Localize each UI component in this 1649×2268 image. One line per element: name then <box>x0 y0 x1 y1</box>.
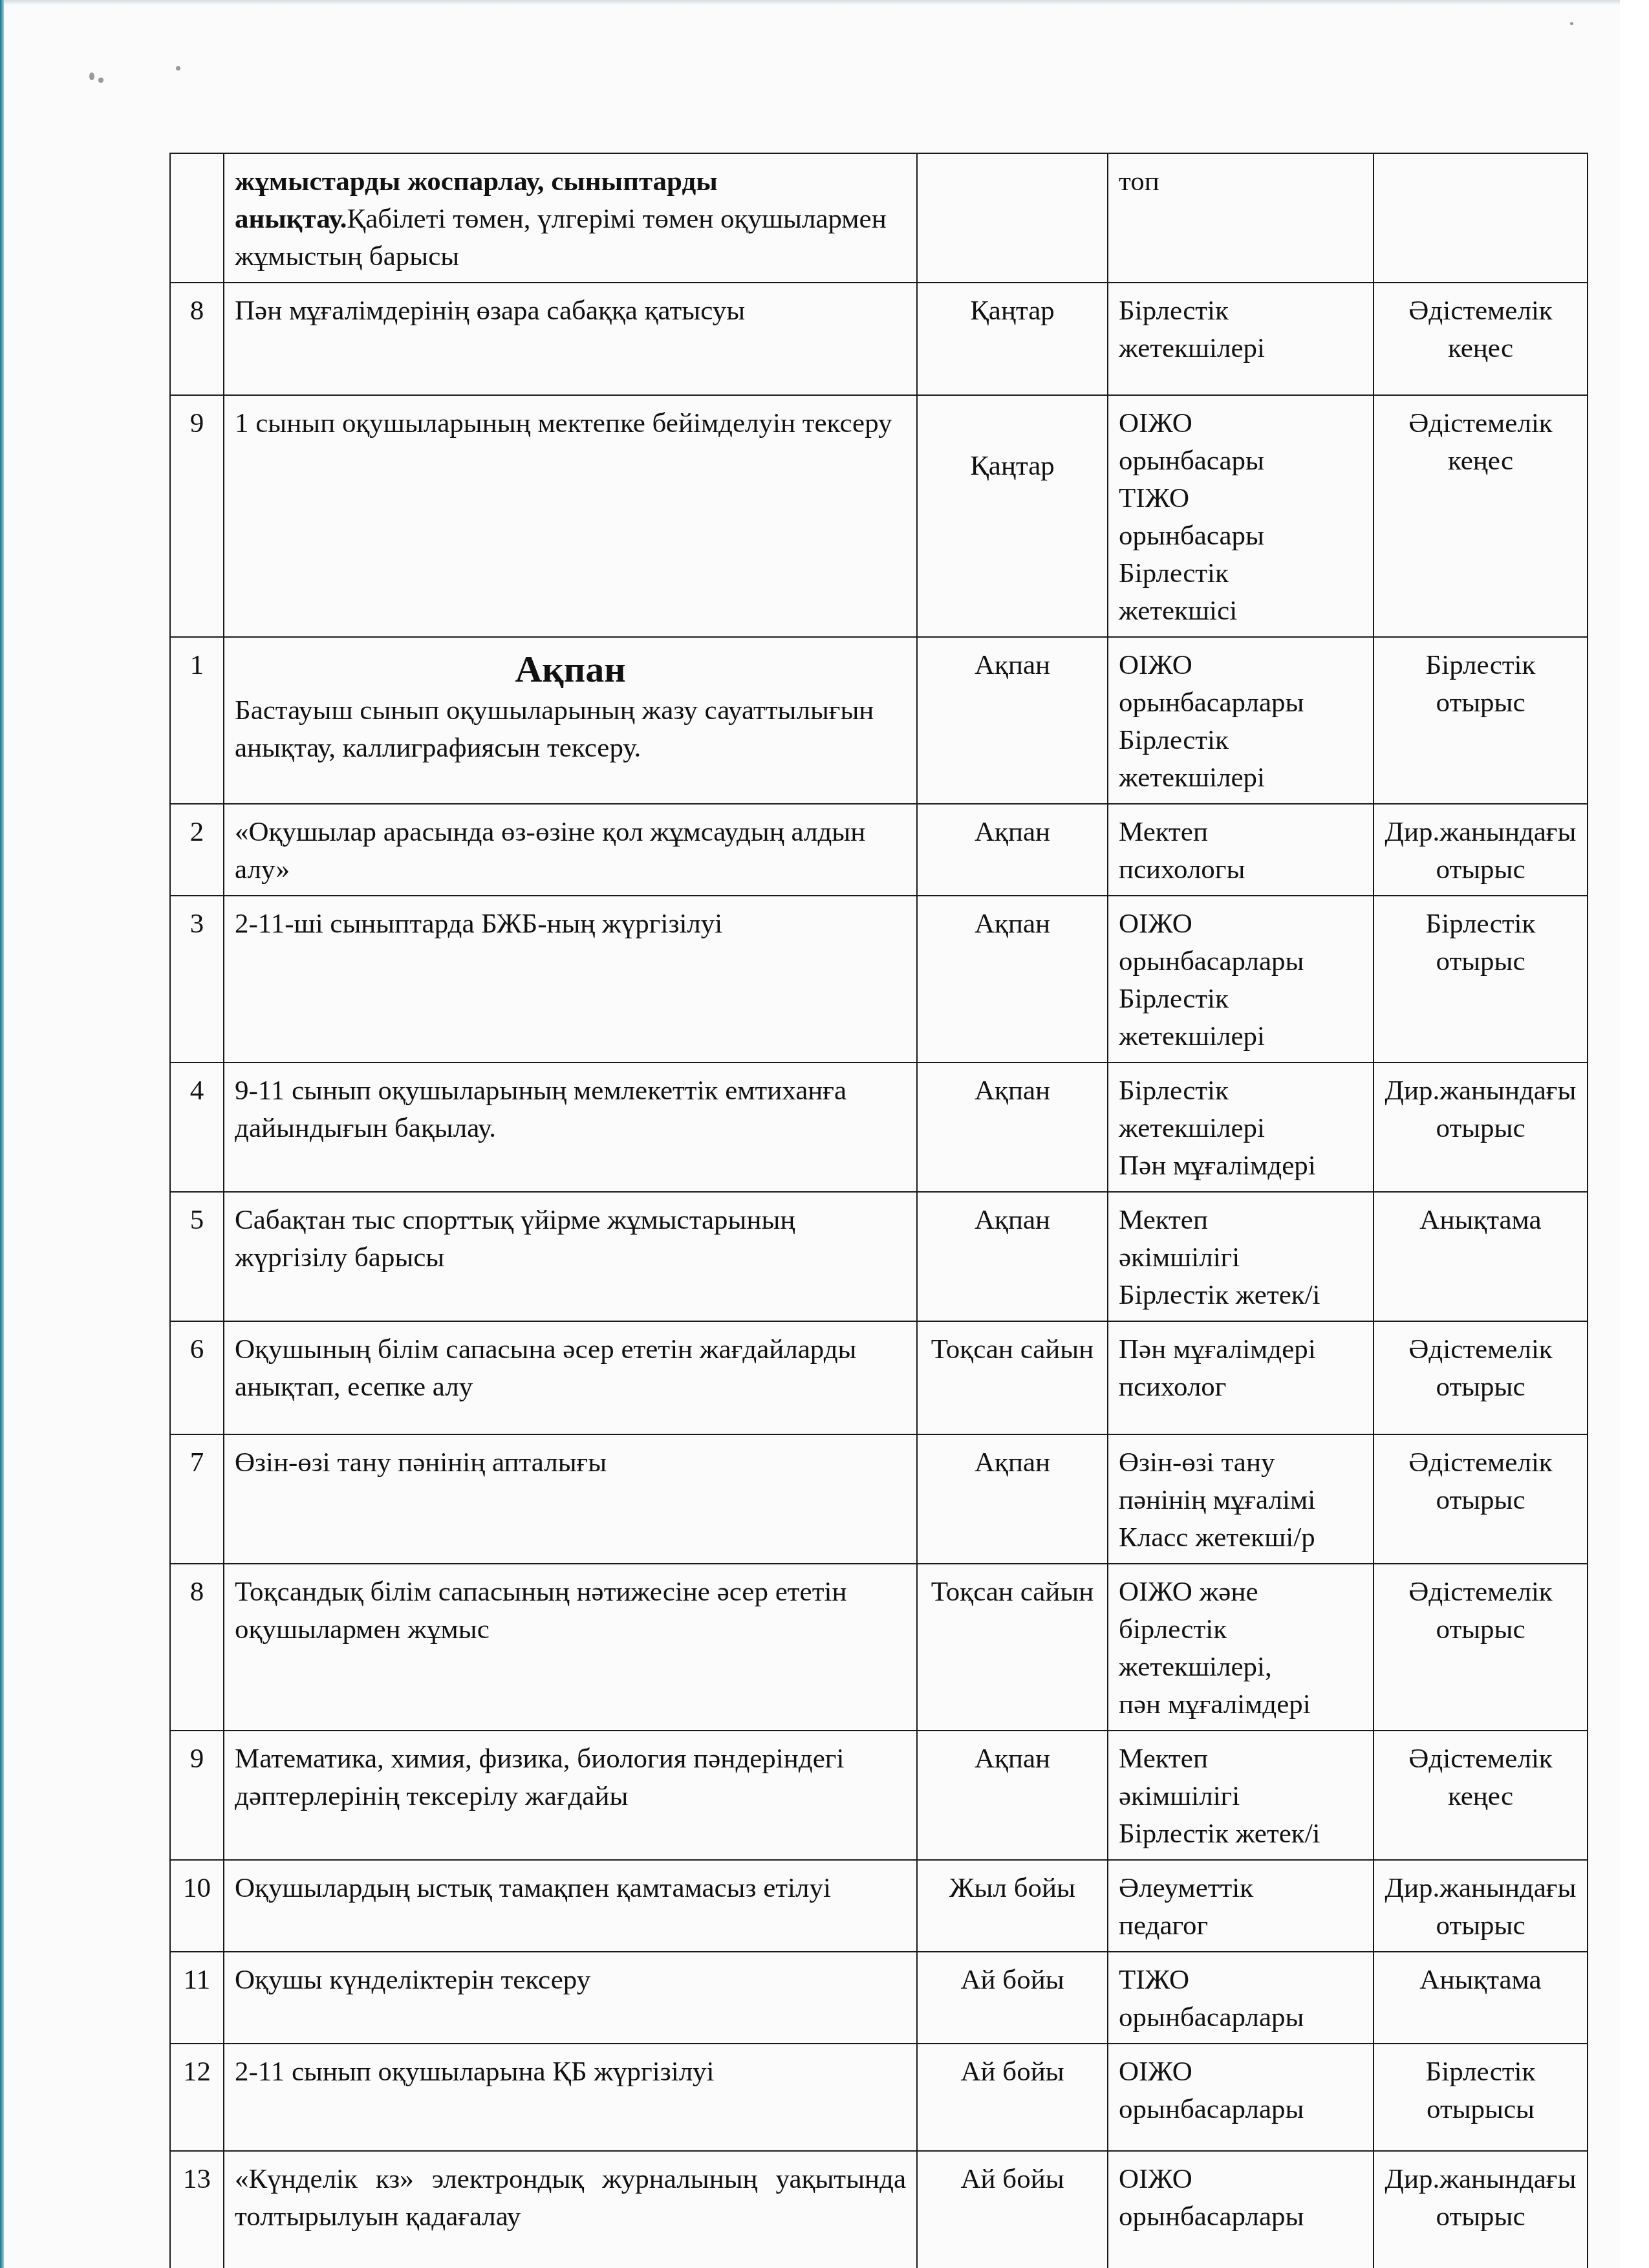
responsible-cell: Мектеппсихологы <box>1108 804 1374 896</box>
task-cell: Сабақтан тыс спорттық үйірме жұмыстарыны… <box>224 1192 917 1321</box>
responsible-cell: МектепәкімшілігіБірлестік жетек/і <box>1108 1731 1374 1860</box>
row-number: 2 <box>170 804 224 896</box>
outcome-cell: Әдістемелік кеңес <box>1374 283 1588 395</box>
work-plan-table: жұмыстарды жоспарлау, сыныптарды анықтау… <box>169 153 1588 2268</box>
outcome-cell: Әдістемелік отырыс <box>1374 1564 1588 1731</box>
table-row: 32-11-ші сыныптарда БЖБ-ның жүргізілуіАқ… <box>170 896 1588 1063</box>
responsible-cell: Өзін-өзі танупәнінің мұғаліміКласс жетек… <box>1108 1434 1374 1564</box>
task-text: Математика, химия, физика, биология пәнд… <box>235 1744 844 1811</box>
responsible-line: орынбасарлары <box>1119 684 1363 722</box>
outcome-cell: Дир.жанындағы отырыс <box>1374 2151 1588 2268</box>
table-row: жұмыстарды жоспарлау, сыныптарды анықтау… <box>170 153 1588 283</box>
task-cell: Өзін-өзі тану пәнінің апталығы <box>224 1434 917 1564</box>
responsible-cell: Бірлестікжетекшілері <box>1108 283 1374 395</box>
responsible-line: ОІЖО <box>1119 405 1363 442</box>
scan-speck <box>89 72 94 80</box>
task-cell: АқпанБастауыш сынып оқушыларының жазу са… <box>224 637 917 804</box>
responsible-line: Әлеуметтік <box>1119 1870 1363 1907</box>
outcome-cell: Дир.жанындағы отырыс <box>1374 804 1588 896</box>
responsible-line: орынбасарлары <box>1119 1999 1363 2036</box>
row-number: 6 <box>170 1321 224 1434</box>
table-row: 8Тоқсандық білім сапасының нәтижесіне әс… <box>170 1564 1588 1731</box>
responsible-line: ОІЖО <box>1119 647 1363 684</box>
responsible-line: психолог <box>1119 1368 1363 1406</box>
responsible-line: пәнінің мұғалімі <box>1119 1482 1363 1519</box>
row-number: 4 <box>170 1063 224 1192</box>
responsible-line: психологы <box>1119 851 1363 889</box>
responsible-line: орынбасары <box>1119 517 1363 555</box>
task-text: 1 сынып оқушыларының мектепке бейімделуі… <box>235 408 892 438</box>
responsible-cell: ОІЖО жәнебірлестікжетекшілері,пән мұғалі… <box>1108 1564 1374 1731</box>
responsible-line: педагог <box>1119 1907 1363 1945</box>
task-text: 2-11-ші сыныптарда БЖБ-ның жүргізілуі <box>235 909 722 939</box>
outcome-cell: Бірлестік отырыс <box>1374 896 1588 1063</box>
table-row: 7Өзін-өзі тану пәнінің апталығыАқпанӨзін… <box>170 1434 1588 1564</box>
table-row: 5Сабақтан тыс спорттық үйірме жұмыстарын… <box>170 1192 1588 1321</box>
responsible-line: жетекшілері, <box>1119 1648 1363 1686</box>
date-cell: Ақпан <box>917 804 1108 896</box>
date-cell: Тоқсан сайын <box>917 1321 1108 1434</box>
responsible-line: ОІЖО <box>1119 2161 1363 2198</box>
row-number: 9 <box>170 395 224 637</box>
row-number: 5 <box>170 1192 224 1321</box>
task-cell: 2-11-ші сыныптарда БЖБ-ның жүргізілуі <box>224 896 917 1063</box>
responsible-line: жетекшілері <box>1119 1018 1363 1055</box>
row-number: 12 <box>170 2044 224 2151</box>
task-text: Оқушы күнделіктерін тексеру <box>235 1965 590 1995</box>
task-cell: 2-11 сынып оқушыларына ҚБ жүргізілуі <box>224 2044 917 2151</box>
responsible-cell: БірлестікжетекшілеріПән мұғалімдері <box>1108 1063 1374 1192</box>
task-cell: Математика, химия, физика, биология пәнд… <box>224 1731 917 1860</box>
date-cell: Ақпан <box>917 1192 1108 1321</box>
date-cell: Қаңтар <box>917 395 1108 637</box>
responsible-cell: ОІЖОорынбасарларыБірлестікжетекшілері <box>1108 637 1374 804</box>
task-text: Сабақтан тыс спорттық үйірме жұмыстарыны… <box>235 1205 795 1273</box>
row-number: 8 <box>170 283 224 395</box>
row-number: 1 <box>170 637 224 804</box>
responsible-cell: ОІЖОорынбасарлары <box>1108 2044 1374 2151</box>
outcome-cell: Анықтама <box>1374 1192 1588 1321</box>
row-number: 9 <box>170 1731 224 1860</box>
responsible-line: бірлестік <box>1119 1611 1363 1648</box>
responsible-line: Өзін-өзі тану <box>1119 1444 1363 1482</box>
responsible-line: жетекшілері <box>1119 330 1363 367</box>
task-text: Оқушылардың ыстық тамақпен қамтамасыз ет… <box>235 1873 831 1903</box>
date-cell: Ақпан <box>917 637 1108 804</box>
responsible-line: әкімшілігі <box>1119 1239 1363 1277</box>
responsible-line: ТІЖО <box>1119 480 1363 517</box>
row-number: 3 <box>170 896 224 1063</box>
task-cell: «Оқушылар арасында өз-өзіне қол жұмсауды… <box>224 804 917 896</box>
responsible-line: жетекшілері <box>1119 1110 1363 1147</box>
task-text: Оқушының білім сапасына әсер ететін жағд… <box>235 1334 857 1402</box>
table-row: 49-11 сынып оқушыларының мемлекеттік емт… <box>170 1063 1588 1192</box>
responsible-line: Бірлестік <box>1119 722 1363 759</box>
task-text: «Оқушылар арасында өз-өзіне қол жұмсауды… <box>235 817 865 885</box>
responsible-line: Бірлестік <box>1119 1072 1363 1110</box>
date-cell: Қаңтар <box>917 283 1108 395</box>
date-cell: Жыл бойы <box>917 1860 1108 1952</box>
task-text: Өзін-өзі тану пәнінің апталығы <box>235 1447 607 1478</box>
table-row: 122-11 сынып оқушыларына ҚБ жүргізілуіАй… <box>170 2044 1588 2151</box>
responsible-line: Бірлестік жетек/і <box>1119 1815 1363 1853</box>
responsible-line: ОІЖО <box>1119 905 1363 943</box>
responsible-line: Класс жетекші/р <box>1119 1519 1363 1557</box>
task-text: «Күнделік кз» электрондық журналының уақ… <box>235 2164 906 2232</box>
date-cell: Ақпан <box>917 1434 1108 1564</box>
row-number: 13 <box>170 2151 224 2268</box>
table-row: 9Математика, химия, физика, биология пән… <box>170 1731 1588 1860</box>
task-cell: Оқушы күнделіктерін тексеру <box>224 1952 917 2044</box>
scan-speck <box>98 78 103 83</box>
responsible-line: ОІЖО <box>1119 2053 1363 2091</box>
task-cell: Оқушының білім сапасына әсер ететін жағд… <box>224 1321 917 1434</box>
task-cell: Тоқсандық білім сапасының нәтижесіне әсе… <box>224 1564 917 1731</box>
outcome-cell: Әдістемелік кеңес <box>1374 395 1588 637</box>
date-cell: Ақпан <box>917 1063 1108 1192</box>
outcome-cell: Дир.жанындағы отырыс <box>1374 1860 1588 1952</box>
outcome-cell <box>1374 153 1588 283</box>
month-heading: Ақпан <box>235 647 906 692</box>
scan-edge-top <box>0 0 1649 5</box>
task-text: 9-11 сынып оқушыларының мемлекеттік емти… <box>235 1075 846 1143</box>
responsible-cell: ТІЖОорынбасарлары <box>1108 1952 1374 2044</box>
row-number: 11 <box>170 1952 224 2044</box>
scan-edge-right <box>1620 0 1649 2268</box>
row-number: 10 <box>170 1860 224 1952</box>
task-cell: «Күнделік кз» электрондық журналының уақ… <box>224 2151 917 2268</box>
outcome-cell: Әдістемелік отырыс <box>1374 1434 1588 1564</box>
row-number <box>170 153 224 283</box>
date-cell: Ай бойы <box>917 1952 1108 2044</box>
table-row: 1АқпанБастауыш сынып оқушыларының жазу с… <box>170 637 1588 804</box>
date-cell: Ай бойы <box>917 2151 1108 2268</box>
outcome-cell: Анықтама <box>1374 1952 1588 2044</box>
responsible-line: Бірлестік <box>1119 292 1363 330</box>
responsible-line: жетекшісі <box>1119 592 1363 630</box>
date-cell <box>917 153 1108 283</box>
scan-edge-left <box>0 0 4 2268</box>
scan-speck <box>1570 22 1573 25</box>
scan-speck <box>176 66 180 70</box>
task-text: 2-11 сынып оқушыларына ҚБ жүргізілуі <box>235 2057 715 2087</box>
row-number: 7 <box>170 1434 224 1564</box>
table-row: 91 сынып оқушыларының мектепке бейімделу… <box>170 395 1588 637</box>
task-cell: Оқушылардың ыстық тамақпен қамтамасыз ет… <box>224 1860 917 1952</box>
responsible-line: Бірлестік <box>1119 555 1363 592</box>
responsible-line: Пән мұғалімдері <box>1119 1147 1363 1185</box>
responsible-cell: ОІЖОорынбасарыТІЖОорынбасарыБірлестікжет… <box>1108 395 1374 637</box>
responsible-line: топ <box>1119 163 1363 200</box>
work-plan-body: жұмыстарды жоспарлау, сыныптарды анықтау… <box>170 153 1588 2268</box>
task-text: Бастауыш сынып оқушыларының жазу сауатты… <box>235 695 874 763</box>
table-row: 11Оқушы күнделіктерін тексеруАй бойыТІЖО… <box>170 1952 1588 2044</box>
table-row: 10Оқушылардың ыстық тамақпен қамтамасыз … <box>170 1860 1588 1952</box>
responsible-line: ОІЖО және <box>1119 1573 1363 1611</box>
responsible-line: орынбасарлары <box>1119 943 1363 980</box>
table-row: 8Пән мұғалімдерінің өзара сабаққа қатысу… <box>170 283 1588 395</box>
responsible-line: орынбасарлары <box>1119 2091 1363 2128</box>
responsible-cell: МектепәкімшілігіБірлестік жетек/і <box>1108 1192 1374 1321</box>
task-cell: 9-11 сынып оқушыларының мемлекеттік емти… <box>224 1063 917 1192</box>
responsible-cell: Әлеуметтікпедагог <box>1108 1860 1374 1952</box>
responsible-line: Пән мұғалімдері <box>1119 1331 1363 1368</box>
outcome-cell: Бірлестік отырыс <box>1374 637 1588 804</box>
outcome-cell: Бірлестік отырысы <box>1374 2044 1588 2151</box>
responsible-line: Мектеп <box>1119 814 1363 851</box>
responsible-cell: Пән мұғалімдеріпсихолог <box>1108 1321 1374 1434</box>
date-cell: Ақпан <box>917 896 1108 1063</box>
table-row: 6Оқушының білім сапасына әсер ететін жағ… <box>170 1321 1588 1434</box>
task-cell: Пән мұғалімдерінің өзара сабаққа қатысуы <box>224 283 917 395</box>
outcome-cell: Әдістемелік кеңес <box>1374 1731 1588 1860</box>
responsible-cell: топ <box>1108 153 1374 283</box>
date-cell: Ақпан <box>917 1731 1108 1860</box>
responsible-line: орынбасарлары <box>1119 2198 1363 2236</box>
responsible-line: жетекшілері <box>1119 759 1363 797</box>
task-cell: 1 сынып оқушыларының мектепке бейімделуі… <box>224 395 917 637</box>
row-number: 8 <box>170 1564 224 1731</box>
table-row: 2«Оқушылар арасында өз-өзіне қол жұмсауд… <box>170 804 1588 896</box>
date-cell: Ай бойы <box>917 2044 1108 2151</box>
date-cell: Тоқсан сайын <box>917 1564 1108 1731</box>
responsible-line: Бірлестік <box>1119 980 1363 1018</box>
responsible-line: Мектеп <box>1119 1740 1363 1778</box>
responsible-line: пән мұғалімдері <box>1119 1686 1363 1723</box>
outcome-cell: Әдістемелік отырыс <box>1374 1321 1588 1434</box>
responsible-cell: ОІЖОорынбасарларыБірлестікжетекшілері <box>1108 896 1374 1063</box>
task-text: Пән мұғалімдерінің өзара сабаққа қатысуы <box>235 296 745 326</box>
outcome-cell: Дир.жанындағы отырыс <box>1374 1063 1588 1192</box>
responsible-line: Бірлестік жетек/і <box>1119 1277 1363 1314</box>
responsible-line: ТІЖО <box>1119 1961 1363 1999</box>
responsible-line: әкімшілігі <box>1119 1778 1363 1815</box>
task-text: Тоқсандық білім сапасының нәтижесіне әсе… <box>235 1577 846 1645</box>
responsible-cell: ОІЖОорынбасарлары <box>1108 2151 1374 2268</box>
task-cell: жұмыстарды жоспарлау, сыныптарды анықтау… <box>224 153 917 283</box>
table-row: 13«Күнделік кз» электрондық журналының у… <box>170 2151 1588 2268</box>
responsible-line: орынбасары <box>1119 442 1363 480</box>
responsible-line: Мектеп <box>1119 1202 1363 1239</box>
